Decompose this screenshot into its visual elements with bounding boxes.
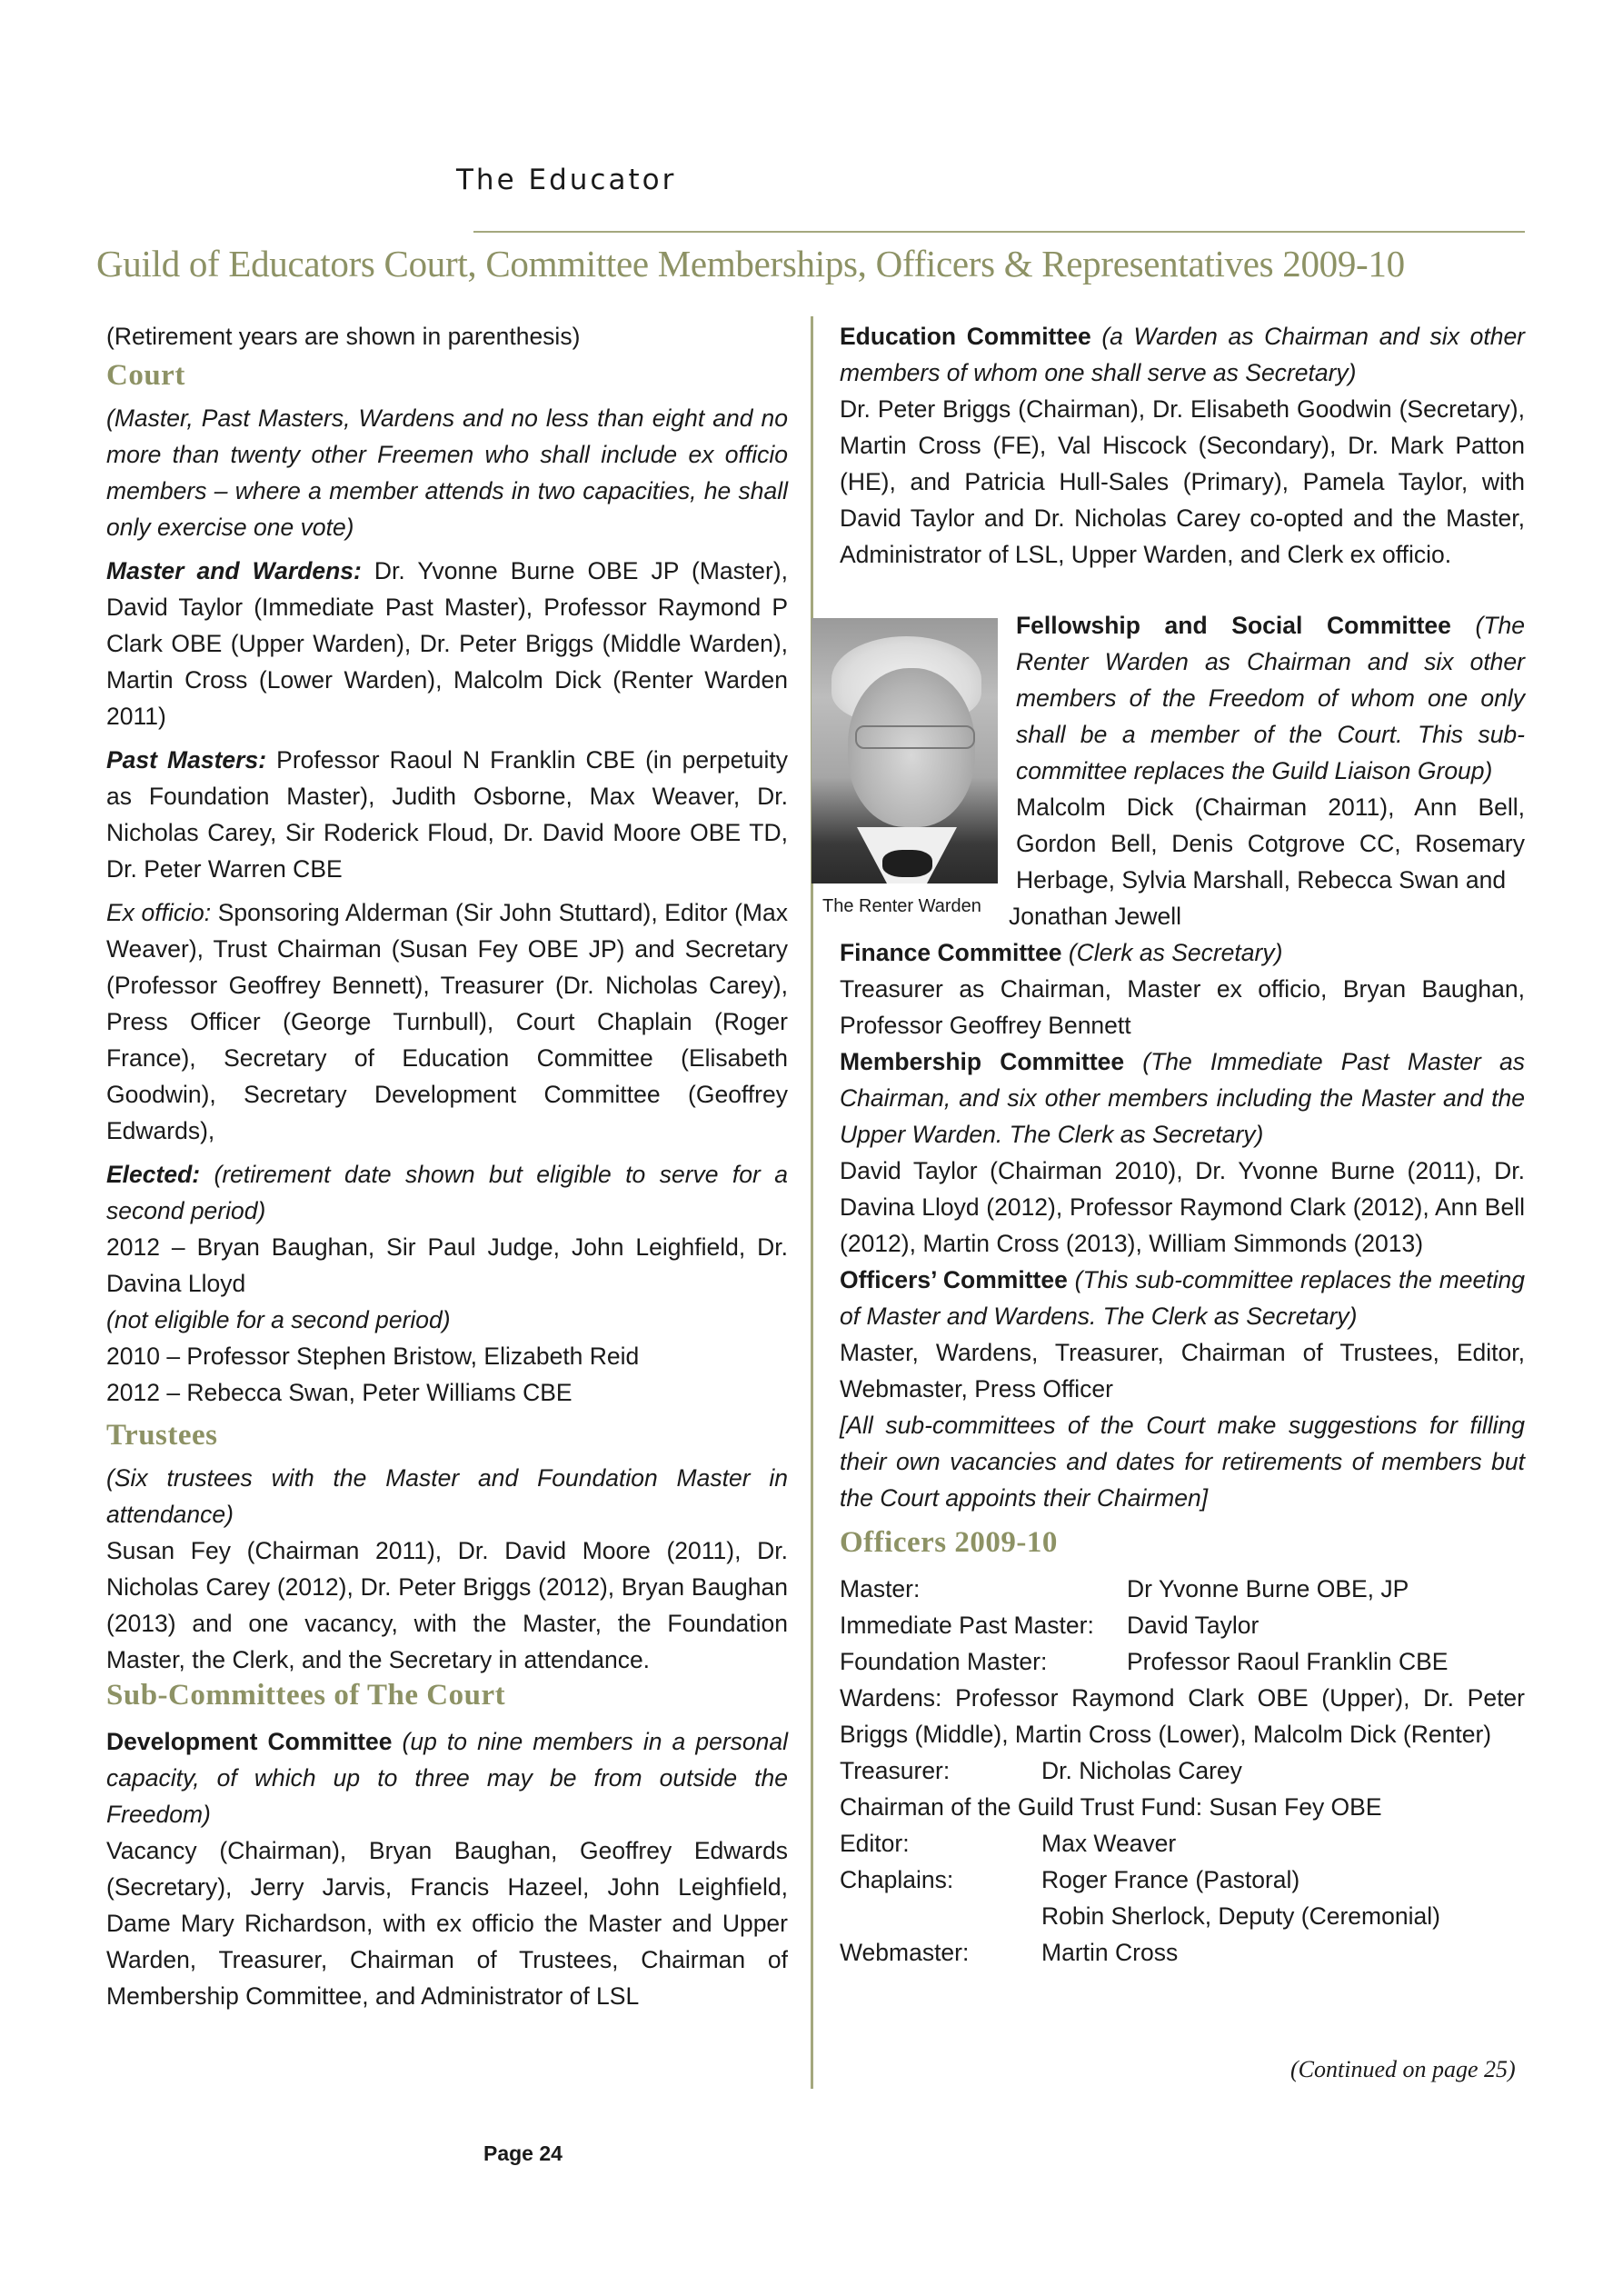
development-committee-paragraph: Development Committee (up to nine member… [106,1723,788,1832]
officer-role: Immediate Past Master: [840,1607,1127,1643]
master-wardens-paragraph: Master and Wardens: Dr. Yvonne Burne OBE… [106,553,788,734]
officer-role: Master: [840,1571,1127,1607]
development-committee-members: Vacancy (Chairman), Bryan Baughan, Geoff… [106,1832,788,2014]
wardens-line: Wardens: Professor Raymond Clark OBE (Up… [840,1680,1525,1752]
elected-2010: 2010 – Professor Stephen Bristow, Elizab… [106,1338,788,1374]
right-column-top: Education Committee (a Warden as Chairma… [840,318,1525,573]
page-number: Page 24 [483,2141,563,2166]
officers-table-top: Master: Dr Yvonne Burne OBE, JP Immediat… [840,1571,1525,1680]
elected-label: Elected: [106,1161,200,1188]
ex-officio-paragraph: Ex officio: Sponsoring Alderman (Sir Joh… [106,894,788,1149]
fellowship-committee-members-end: Jonathan Jewell [1009,898,1181,934]
retirement-note: (Retirement years are shown in parenthes… [106,318,788,354]
officer-role: Foundation Master: [840,1643,1127,1680]
continued-note: (Continued on page 25) [1290,2056,1516,2083]
section-heading-subcommittees: Sub-Committees of The Court [106,1674,788,1716]
fellowship-committee-paragraph: Fellowship and Social Committee (The Ren… [1016,607,1525,789]
column-divider [811,316,813,2089]
trustees-list: Susan Fey (Chairman 2011), Dr. David Moo… [106,1532,788,1678]
officer-name: Martin Cross [1041,1934,1525,1971]
renter-warden-photo [811,618,998,883]
officer-name: Robin Sherlock, Deputy (Ceremonial) [1041,1898,1525,1934]
officer-name: David Taylor [1127,1607,1525,1643]
right-column-bottom: Finance Committee (Clerk as Secretary) T… [840,934,1525,1971]
development-committee-label: Development Committee [106,1728,392,1755]
membership-committee-label: Membership Committee [840,1048,1124,1075]
finance-committee-members: Treasurer as Chairman, Master ex officio… [840,971,1525,1043]
officer-row: Treasurer: Dr. Nicholas Carey [840,1752,1525,1789]
membership-committee-members: David Taylor (Chairman 2010), Dr. Yvonne… [840,1153,1525,1262]
officers-table-treasurer: Treasurer: Dr. Nicholas Carey [840,1752,1525,1789]
section-heading-officers: Officers 2009-10 [840,1522,1525,1563]
fellowship-committee-members: Malcolm Dick (Chairman 2011), Ann Bell, … [1016,789,1525,898]
photo-caption: The Renter Warden [822,896,981,917]
officer-name: Dr. Nicholas Carey [1041,1752,1525,1789]
officers-committee-paragraph: Officers’ Committee (This sub-committee … [840,1262,1525,1334]
elected-paragraph: Elected: (retirement date shown but elig… [106,1156,788,1229]
left-column: (Retirement years are shown in parenthes… [106,318,788,2014]
officer-name: Professor Raoul Franklin CBE [1127,1643,1525,1680]
ex-officio-label: Ex officio: [106,899,211,926]
officer-role: Treasurer: [840,1752,1041,1789]
officer-role: Chaplains: [840,1862,1041,1898]
officers-committee-label: Officers’ Committee [840,1266,1068,1293]
publication-name: The Educator [456,164,676,196]
ex-officio-text: Sponsoring Alderman (Sir John Stuttard),… [106,899,788,1144]
officer-role [840,1898,1041,1934]
past-masters-paragraph: Past Masters: Professor Raoul N Franklin… [106,742,788,887]
education-committee-paragraph: Education Committee (a Warden as Chairma… [840,318,1525,391]
photo-bowtie [882,850,932,877]
officer-name: Max Weaver [1041,1825,1525,1862]
officer-role: Webmaster: [840,1934,1041,1971]
officer-role: Editor: [840,1825,1041,1862]
elected-2012: 2012 – Bryan Baughan, Sir Paul Judge, Jo… [106,1229,788,1302]
section-heading-trustees: Trustees [106,1414,788,1456]
master-wardens-label: Master and Wardens: [106,557,362,584]
past-masters-label: Past Masters: [106,746,266,774]
officer-row: Foundation Master: Professor Raoul Frank… [840,1643,1525,1680]
officer-row: Editor: Max Weaver [840,1825,1525,1862]
membership-committee-paragraph: Membership Committee (The Immediate Past… [840,1043,1525,1153]
elected-2012-second: 2012 – Rebecca Swan, Peter Williams CBE [106,1374,788,1411]
officer-name: Dr Yvonne Burne OBE, JP [1127,1571,1525,1607]
not-eligible-note: (not eligible for a second period) [106,1302,788,1338]
subcommittees-footnote: [All sub-committees of the Court make su… [840,1407,1525,1516]
finance-committee-note: (Clerk as Secretary) [1061,939,1282,966]
officer-row: Chaplains: Roger France (Pastoral) [840,1862,1525,1898]
officer-row: Master: Dr Yvonne Burne OBE, JP [840,1571,1525,1607]
fellowship-committee-block: Fellowship and Social Committee (The Ren… [1016,607,1525,898]
elected-note: (retirement date shown but eligible to s… [106,1161,788,1224]
officers-committee-members: Master, Wardens, Treasurer, Chairman of … [840,1334,1525,1407]
officers-table-bottom: Editor: Max Weaver Chaplains: Roger Fran… [840,1825,1525,1971]
trust-chair-line: Chairman of the Guild Trust Fund: Susan … [840,1789,1525,1825]
page-title: Guild of Educators Court, Committee Memb… [96,242,1550,285]
trustees-description: (Six trustees with the Master and Founda… [106,1460,788,1532]
section-heading-court: Court [106,354,788,396]
finance-committee-label: Finance Committee [840,939,1061,966]
photo-glasses [855,725,975,749]
officer-row: Immediate Past Master: David Taylor [840,1607,1525,1643]
fellowship-committee-label: Fellowship and Social Committee [1016,612,1451,639]
education-committee-members: Dr. Peter Briggs (Chairman), Dr. Elisabe… [840,391,1525,573]
header-rule [473,231,1525,233]
finance-committee-paragraph: Finance Committee (Clerk as Secretary) [840,934,1525,971]
officer-row: Webmaster: Martin Cross [840,1934,1525,1971]
education-committee-label: Education Committee [840,323,1091,350]
court-description: (Master, Past Masters, Wardens and no le… [106,400,788,545]
officer-name: Roger France (Pastoral) [1041,1862,1525,1898]
officer-row: Robin Sherlock, Deputy (Ceremonial) [840,1898,1525,1934]
